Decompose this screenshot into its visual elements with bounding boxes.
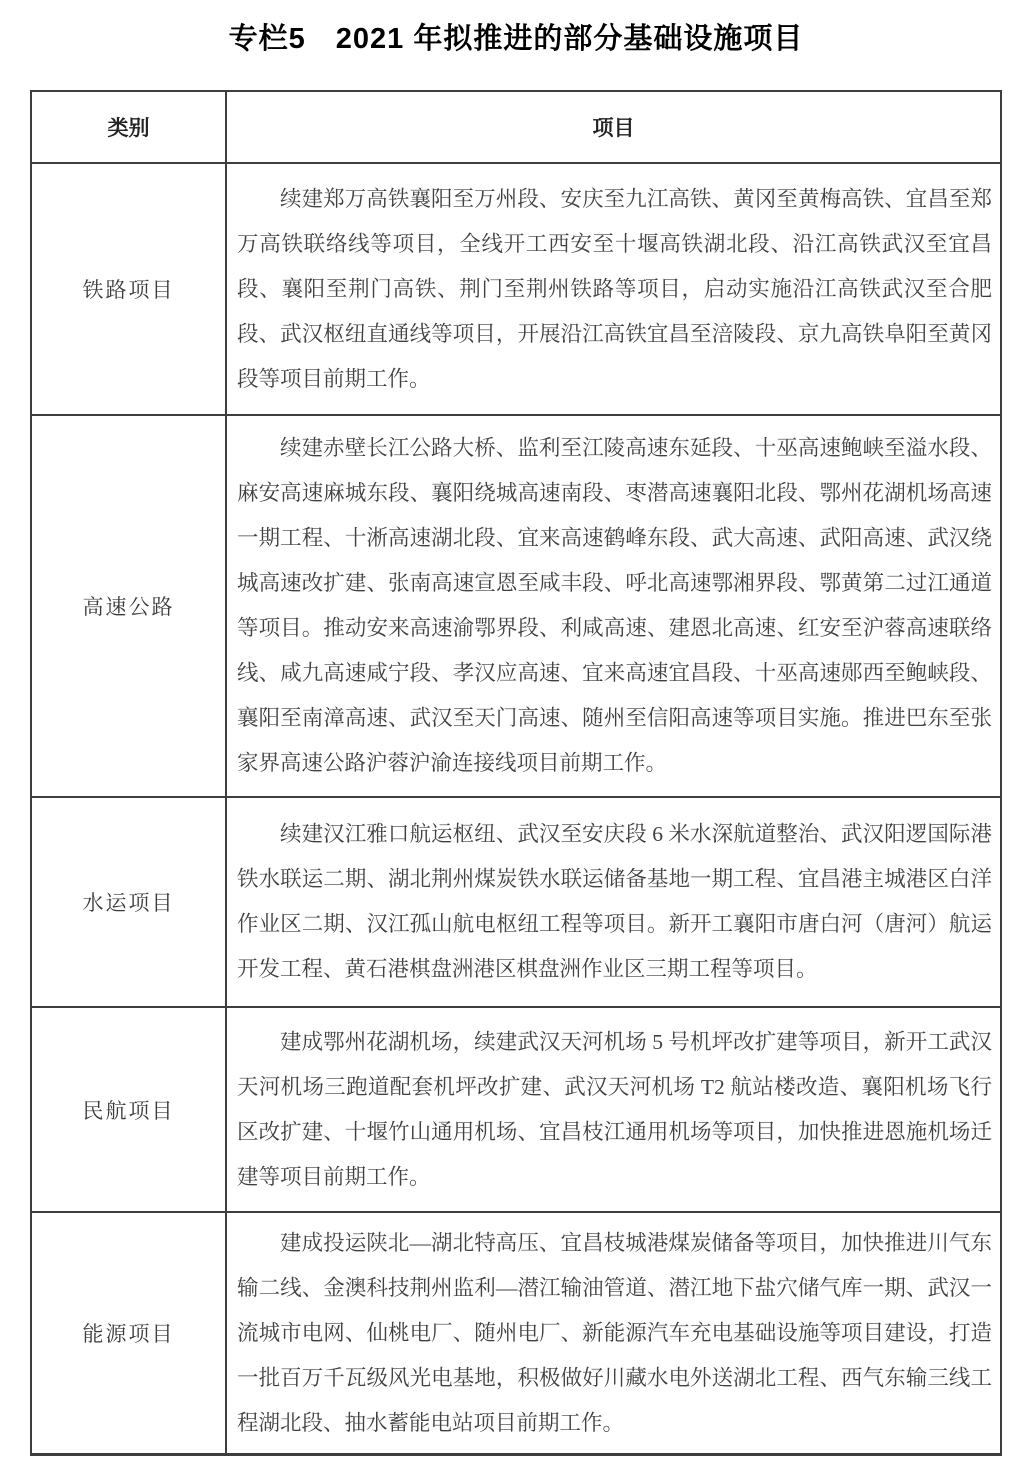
project-cell-aviation: 建成鄂州花湖机场，续建武汉天河机场 5 号机坪改扩建等项目，新开工武汉天河机场三…: [226, 1007, 1001, 1212]
column-header-category: 类别: [31, 91, 226, 163]
project-cell-energy: 建成投运陕北—湖北特高压、宜昌枝城港煤炭储备等项目，加快推进川气东输二线、金澳科…: [226, 1212, 1001, 1455]
table-row: 水运项目 续建汉江雅口航运枢纽、武汉至安庆段 6 米水深航道整治、武汉阳逻国际港…: [31, 797, 1001, 1007]
category-cell-waterway: 水运项目: [31, 797, 226, 1007]
page-title: 专栏5 2021 年拟推进的部分基础设施项目: [0, 16, 1032, 57]
table-row: 民航项目 建成鄂州花湖机场，续建武汉天河机场 5 号机坪改扩建等项目，新开工武汉…: [31, 1007, 1001, 1212]
column-header-project: 项目: [226, 91, 1001, 163]
project-cell-waterway: 续建汉江雅口航运枢纽、武汉至安庆段 6 米水深航道整治、武汉阳逻国际港铁水联运二…: [226, 797, 1001, 1007]
project-cell-railway: 续建郑万高铁襄阳至万州段、安庆至九江高铁、黄冈至黄梅高铁、宜昌至郑万高铁联络线等…: [226, 163, 1001, 415]
table-row: 能源项目 建成投运陕北—湖北特高压、宜昌枝城港煤炭储备等项目，加快推进川气东输二…: [31, 1212, 1001, 1455]
category-cell-expressway: 高速公路: [31, 415, 226, 797]
category-cell-railway: 铁路项目: [31, 163, 226, 415]
table-header-row: 类别 项目: [31, 91, 1001, 163]
category-cell-energy: 能源项目: [31, 1212, 226, 1455]
table-row: 高速公路 续建赤壁长江公路大桥、监利至江陵高速东延段、十巫高速鲍峡至溢水段、麻安…: [31, 415, 1001, 797]
project-cell-expressway: 续建赤壁长江公路大桥、监利至江陵高速东延段、十巫高速鲍峡至溢水段、麻安高速麻城东…: [226, 415, 1001, 797]
category-cell-aviation: 民航项目: [31, 1007, 226, 1212]
infrastructure-projects-table: 类别 项目 铁路项目 续建郑万高铁襄阳至万州段、安庆至九江高铁、黄冈至黄梅高铁、…: [30, 90, 1002, 1456]
document-page: 专栏5 2021 年拟推进的部分基础设施项目 类别 项目 铁路项目 续建郑万高铁…: [0, 0, 1032, 1484]
table-row: 铁路项目 续建郑万高铁襄阳至万州段、安庆至九江高铁、黄冈至黄梅高铁、宜昌至郑万高…: [31, 163, 1001, 415]
